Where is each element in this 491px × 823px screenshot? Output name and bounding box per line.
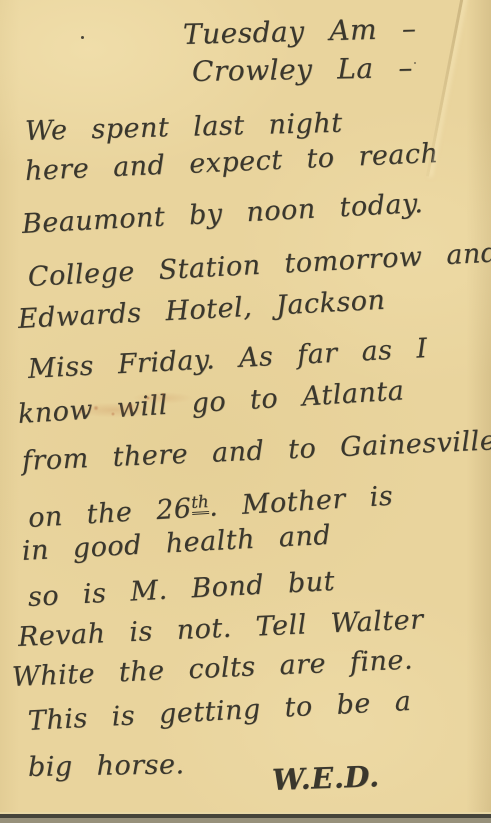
dateline: Tuesday Am – (183, 13, 417, 51)
handwritten-line: so is M. Bond but (27, 566, 336, 614)
paper-speck (81, 36, 84, 39)
handwritten-line: College Station tomorrow and (27, 237, 491, 294)
card-bottom-edge (0, 812, 491, 823)
handwritten-line: Edwards Hotel, Jackson (17, 285, 386, 336)
handwritten-line: know will go to Atlanta (17, 375, 405, 431)
placeline: Crowley La – (192, 52, 413, 88)
line-text-post: . Mother is (208, 481, 394, 523)
handwritten-line: from there and to Gainesville (21, 425, 491, 478)
postcard: Tuesday Am – Crowley La – We spent last … (0, 0, 491, 823)
handwritten-line: big horse. (28, 749, 185, 784)
handwritten-line: White the colts are fine. (11, 645, 413, 694)
handwritten-line: Beaumont by noon today. (21, 188, 424, 241)
handwritten-line: We spent last night (25, 108, 343, 148)
signature: W.E.D. (271, 760, 380, 796)
ordinal-suffix: th (190, 491, 209, 515)
handwritten-line: This is getting to be a (27, 686, 412, 738)
paper-speck (414, 62, 416, 64)
